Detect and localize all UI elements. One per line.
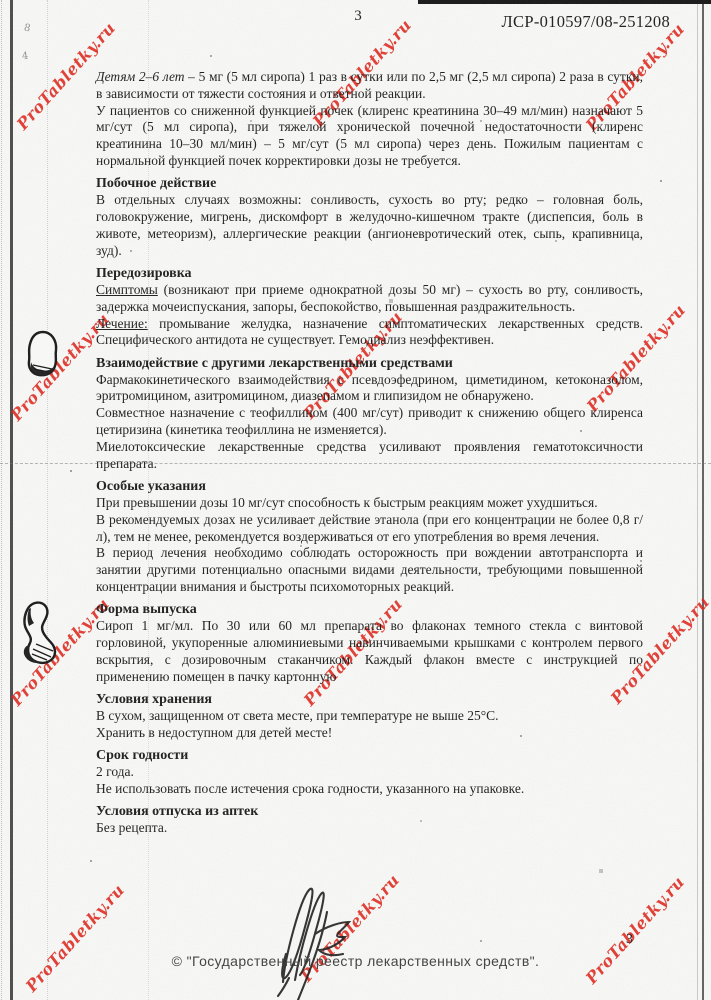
page-number-bottom: 3 [626,932,633,948]
text-segment: (возникают при приеме однократной дозы 5… [96,282,643,314]
ink-blot [14,599,64,667]
registration-number: ЛСР-010597/08-251208 [430,12,670,32]
section-heading: Побочное действие [96,175,643,192]
body-paragraph: Лечение: промывание желудка, назначение … [96,316,643,350]
body-paragraph: В рекомендуемых дозах не усиливает дейст… [96,512,643,546]
text-segment: Совместное назначение с теофиллином (400… [96,405,643,437]
text-segment: Без рецепта. [96,820,167,835]
text-segment: Миелотоксические лекарственные средства … [96,439,643,471]
document-body: Детям 2–6 лет – 5 мг (5 мл сиропа) 1 раз… [96,69,643,837]
text-segment: При превышении дозы 10 мг/сут способност… [96,495,598,510]
text-segment: В рекомендуемых дозах не усиливает дейст… [96,512,643,544]
scan-fold-line-vertical-left [47,0,48,1000]
text-segment: В отдельных случаях возможны: сонливость… [96,192,643,257]
page-number-top: 3 [342,8,374,25]
copyright-line: © "Государственный реестр лекарственных … [0,953,711,969]
body-paragraph: Хранить в недоступном для детей месте! [96,725,643,742]
scan-right-border-line [702,0,704,1000]
text-segment: Фармакокинетического взаимодействия с пс… [96,372,643,404]
body-paragraph: Без рецепта. [96,820,643,837]
body-paragraph: Сироп 1 мг/мл. По 30 или 60 мл препарата… [96,618,643,685]
pencil-mark: 4 [21,51,28,63]
section-heading: Срок годности [96,747,643,764]
scan-top-edge-bar [418,0,711,4]
section-heading: Условия отпуска из аптек [96,803,643,820]
body-paragraph: Не использовать после истечения срока го… [96,781,643,798]
section-heading: Условия хранения [96,691,643,708]
text-segment: У пациентов со сниженной функцией почек … [96,103,643,168]
body-paragraph: При превышении дозы 10 мг/сут способност… [96,495,643,512]
body-paragraph: Фармакокинетического взаимодействия с пс… [96,372,643,406]
section-heading: Форма выпуска [96,601,643,618]
ink-blot [25,329,61,379]
text-segment: Лечение: [96,316,148,331]
scan-right-border-soft [697,0,698,1000]
scanned-leaflet-page: ProTabletky.ruProTabletky.ruProTabletky.… [0,0,711,1000]
body-paragraph: В период лечения необходимо соблюдать ос… [96,545,643,595]
body-paragraph: Детям 2–6 лет – 5 мг (5 мл сиропа) 1 раз… [96,69,643,103]
section-heading: Взаимодействие с другими лекарственными … [96,355,643,372]
scan-speckles [0,0,2,2]
section-heading: Особые указания [96,478,643,495]
watermark-text: ProTabletky.ru [582,872,688,987]
body-paragraph: В сухом, защищенном от света месте, при … [96,708,643,725]
body-paragraph: 2 года. [96,764,643,781]
section-heading: Передозировка [96,265,643,282]
text-segment: В сухом, защищенном от света месте, при … [96,708,499,723]
pencil-mark: 8 [23,22,32,34]
body-paragraph: Миелотоксические лекарственные средства … [96,439,643,473]
body-paragraph: У пациентов со сниженной функцией почек … [96,103,643,170]
text-segment: Не использовать после истечения срока го… [96,781,524,796]
watermark-text: ProTabletky.ru [22,880,128,995]
text-segment: В период лечения необходимо соблюдать ос… [96,545,643,594]
scan-edge-dotted-line [1,0,2,1000]
text-segment: промывание желудка, назначение симптомат… [96,316,643,348]
text-segment: Сироп 1 мг/мл. По 30 или 60 мл препарата… [96,618,643,683]
body-paragraph: В отдельных случаях возможны: сонливость… [96,192,643,259]
text-segment: Детям 2–6 лет [96,69,185,84]
text-segment: Симптомы [96,282,158,297]
text-segment: 2 года. [96,764,134,779]
scan-left-border-line [10,0,13,1000]
body-paragraph: Симптомы (возникают при приеме однократн… [96,282,643,316]
body-paragraph: Совместное назначение с теофиллином (400… [96,405,643,439]
signature-scribble [255,882,375,1000]
text-segment: Хранить в недоступном для детей месте! [96,725,332,740]
